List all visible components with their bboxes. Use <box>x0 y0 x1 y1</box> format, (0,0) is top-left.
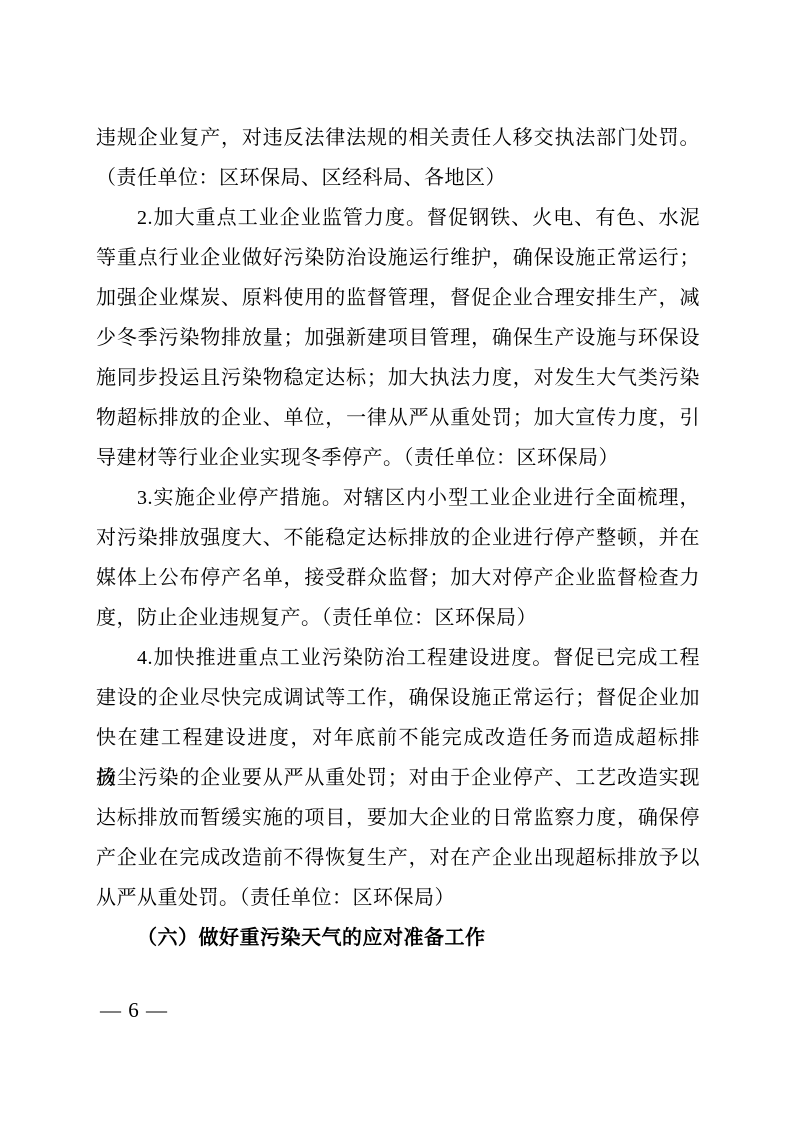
document-line: 少冬季污染物排放量；加强新建项目管理，确保生产设施与环保设 <box>96 318 700 358</box>
document-line: 3.实施企业停产措施。对辖区内小型工业企业进行全面梳理， <box>96 478 700 518</box>
document-line: 从严从重处罚。（责任单位：区环保局） <box>96 878 700 918</box>
document-line: 加强企业煤炭、原料使用的监督管理，督促企业合理安排生产，减 <box>96 278 700 318</box>
document-line: 违规企业复产，对违反法律法规的相关责任人移交执法部门处罚。 <box>96 118 700 158</box>
document-line: 扬尘污染的企业要从严从重处罚；对由于企业停产、工艺改造实现 <box>96 758 700 798</box>
document-line: （责任单位：区环保局、区经科局、各地区） <box>96 158 700 198</box>
document-line: 对污染排放强度大、不能稳定达标排放的企业进行停产整顿，并在 <box>96 518 700 558</box>
document-line: 4.加快推进重点工业污染防治工程建设进度。督促已完成工程 <box>96 638 700 678</box>
document-line: 2.加大重点工业企业监管力度。督促钢铁、火电、有色、水泥 <box>96 198 700 238</box>
document-line: （六）做好重污染天气的应对准备工作 <box>96 918 700 958</box>
document-line: 达标排放而暂缓实施的项目，要加大企业的日常监察力度，确保停 <box>96 798 700 838</box>
document-page: 违规企业复产，对违反法律法规的相关责任人移交执法部门处罚。（责任单位：区环保局、… <box>0 0 793 1122</box>
document-line: 施同步投运且污染物稳定达标；加大执法力度，对发生大气类污染 <box>96 358 700 398</box>
document-line: 导建材等行业企业实现冬季停产。（责任单位：区环保局） <box>96 438 700 478</box>
document-line: 产企业在完成改造前不得恢复生产，对在产企业出现超标排放予以 <box>96 838 700 878</box>
document-line: 建设的企业尽快完成调试等工作，确保设施正常运行；督促企业加 <box>96 678 700 718</box>
document-line: 度，防止企业违规复产。（责任单位：区环保局） <box>96 598 700 638</box>
document-line: 物超标排放的企业、单位，一律从严从重处罚；加大宣传力度，引 <box>96 398 700 438</box>
document-line: 媒体上公布停产名单，接受群众监督；加大对停产企业监督检查力 <box>96 558 700 598</box>
page-number: — 6 — <box>100 995 168 1025</box>
document-line: 快在建工程建设进度，对年底前不能完成改造任务而造成超标排放、 <box>96 718 700 758</box>
document-line: 等重点行业企业做好污染防治设施运行维护，确保设施正常运行； <box>96 238 700 278</box>
document-body: 违规企业复产，对违反法律法规的相关责任人移交执法部门处罚。（责任单位：区环保局、… <box>96 118 700 958</box>
